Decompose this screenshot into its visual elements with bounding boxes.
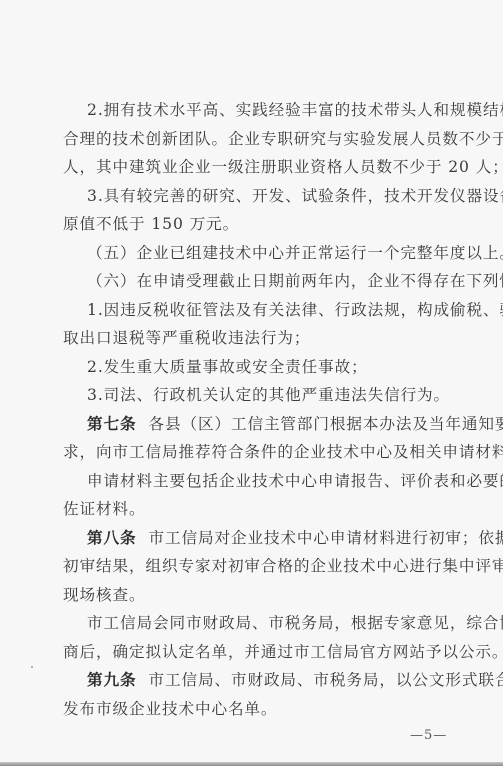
article-text: 市工信局对企业技术中心申请材料进行初审；依据: [148, 529, 503, 547]
paragraph-line: 佐证材料。: [63, 499, 443, 519]
article-heading: 第七条: [87, 414, 136, 433]
article-7-line: 第七条各县（区）工信主管部门根据本办法及当年通知要: [87, 414, 443, 434]
paragraph-line: （五）企业已组建技术中心并正常运行一个完整年度以上。: [87, 243, 443, 263]
article-heading: 第九条: [87, 670, 136, 689]
paragraph-line: 原值不低于 150 万元。: [63, 214, 443, 234]
paragraph-line: （六）在申请受理截止日期前两年内，企业不得存在下列情况：: [87, 271, 443, 291]
paragraph-line: 合理的技术创新团队。企业专职研究与实验发展人员数不少于 20: [63, 129, 443, 149]
article-heading: 第八条: [87, 528, 136, 547]
article-text: 市工信局、市财政局、市税务局，以公文形式联合: [148, 671, 503, 689]
paragraph-line: 现场核查。: [63, 585, 443, 605]
paragraph-line: 市工信局会同市财政局、市税务局，根据专家意见，综合协: [87, 613, 443, 633]
page-number: —5—: [410, 728, 447, 743]
article-9-line: 第九条市工信局、市财政局、市税务局，以公文形式联合: [87, 670, 443, 690]
paragraph-line: 2.发生重大质量事故或安全责任事故；: [87, 357, 443, 377]
page-bottom-edge: [0, 762, 503, 766]
scan-speck: [31, 666, 33, 668]
paragraph-line: 取出口退税等严重税收违法行为；: [63, 328, 443, 348]
article-text: 各县（区）工信主管部门根据本办法及当年通知要: [148, 415, 503, 433]
paragraph-line: 1.因违反税收征管法及有关法律、行政法规，构成偷税、骗: [87, 300, 443, 320]
paragraph-line: 初审结果，组织专家对初审合格的企业技术中心进行集中评审和: [63, 556, 443, 576]
paragraph-line: 人，其中建筑业企业一级注册职业资格人员数不少于 20 人；: [63, 157, 443, 177]
paragraph-line: 3.司法、行政机关认定的其他严重违法失信行为。: [87, 385, 443, 405]
paragraph-line: 3.具有较完善的研究、开发、试验条件，技术开发仪器设备: [87, 186, 443, 206]
paragraph-line: 发布市级企业技术中心名单。: [63, 699, 443, 719]
paragraph-line: 求，向市工信局推荐符合条件的企业技术中心及相关申请材料。: [63, 442, 443, 462]
paragraph-line: 2.拥有技术水平高、实践经验丰富的技术带头人和规模结构: [87, 100, 443, 120]
paragraph-line: 申请材料主要包括企业技术中心申请报告、评价表和必要的: [87, 471, 443, 491]
article-8-line: 第八条市工信局对企业技术中心申请材料进行初审；依据: [87, 528, 443, 548]
paragraph-line: 商后，确定拟认定名单，并通过市工信局官方网站予以公示。: [63, 642, 443, 662]
document-page: 2.拥有技术水平高、实践经验丰富的技术带头人和规模结构 合理的技术创新团队。企业…: [0, 0, 503, 762]
